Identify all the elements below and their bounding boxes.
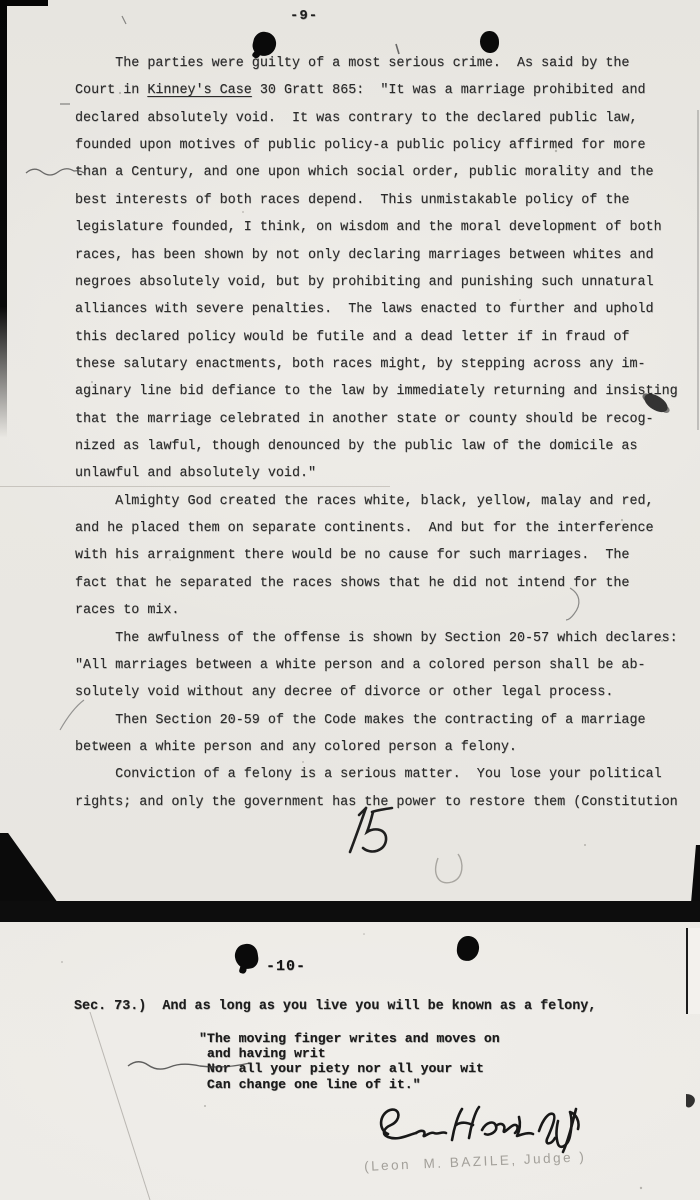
page-number-9: -9- xyxy=(290,8,318,24)
handwritten-number-15 xyxy=(336,800,398,864)
typed-line: Court in Kinney's Case 30 Gratt 865: "It… xyxy=(75,77,678,104)
typed-line: Conviction of a felony is a serious matt… xyxy=(75,761,678,788)
typed-line: best interests of both races depend. Thi… xyxy=(75,187,678,214)
page-10-quote-block: "The moving finger writes and moves on a… xyxy=(199,1031,500,1092)
typed-line: unlawful and absolutely void." xyxy=(75,460,678,487)
scan-edge-right xyxy=(691,845,700,903)
typed-line: declared absolutely void. It was contrar… xyxy=(75,105,678,132)
page-10-lead-line: Sec. 73.) And as long as you live you wi… xyxy=(74,999,596,1014)
page-number-10: -10- xyxy=(266,958,306,975)
typed-line: these salutary enactments, both races mi… xyxy=(75,351,678,378)
typed-line: aginary line bid defiance to the law by … xyxy=(75,378,678,405)
typed-line: than a Century, and one upon which socia… xyxy=(75,159,678,186)
quote-line: Nor all your piety nor all your wit xyxy=(199,1061,500,1076)
typed-line: alliances with severe penalties. The law… xyxy=(75,296,678,323)
quote-line: "The moving finger writes and moves on xyxy=(199,1031,500,1046)
typed-line: with his arraignment there would be no c… xyxy=(75,542,678,569)
quote-line: and having writ xyxy=(199,1046,500,1061)
typed-line: Then Section 20-59 of the Code makes the… xyxy=(75,707,678,734)
typed-line: nized as lawful, though denounced by the… xyxy=(75,433,678,460)
typed-line: races, has been shown by not only declar… xyxy=(75,242,678,269)
quote-line: Can change one line of it." xyxy=(199,1077,500,1092)
typed-line: negroes absolutely void, but by prohibit… xyxy=(75,269,678,296)
typed-line: and he placed them on separate continent… xyxy=(75,515,678,542)
typed-line: solutely void without any decree of divo… xyxy=(75,679,678,706)
scan-edge-left xyxy=(0,0,7,438)
typed-line: races to mix. xyxy=(75,597,678,624)
page-9-body-text: The parties were guilty of a most seriou… xyxy=(75,50,678,816)
scan-edge-top xyxy=(0,0,48,6)
typed-line: between a white person and any colored p… xyxy=(75,734,678,761)
typed-line: fact that he separated the races shows t… xyxy=(75,570,678,597)
typed-line: The awfulness of the offense is shown by… xyxy=(75,625,678,652)
scanned-document: -9- The parties were guilty of a most se… xyxy=(0,0,700,1200)
typed-line: Almighty God created the races white, bl… xyxy=(75,488,678,515)
typed-line: legislature founded, I think, on wisdom … xyxy=(75,214,678,241)
typed-line: founded upon motives of public policy-a … xyxy=(75,132,678,159)
typed-line: The parties were guilty of a most seriou… xyxy=(75,50,678,77)
scan-corner-shadow xyxy=(0,833,58,903)
scan-divider-band xyxy=(0,901,700,922)
typed-line: this declared policy would be futile and… xyxy=(75,324,678,351)
page-edge-strip xyxy=(686,928,700,1014)
typed-line: that the marriage celebrated in another … xyxy=(75,406,678,433)
typed-line: "All marriages between a white person an… xyxy=(75,652,678,679)
